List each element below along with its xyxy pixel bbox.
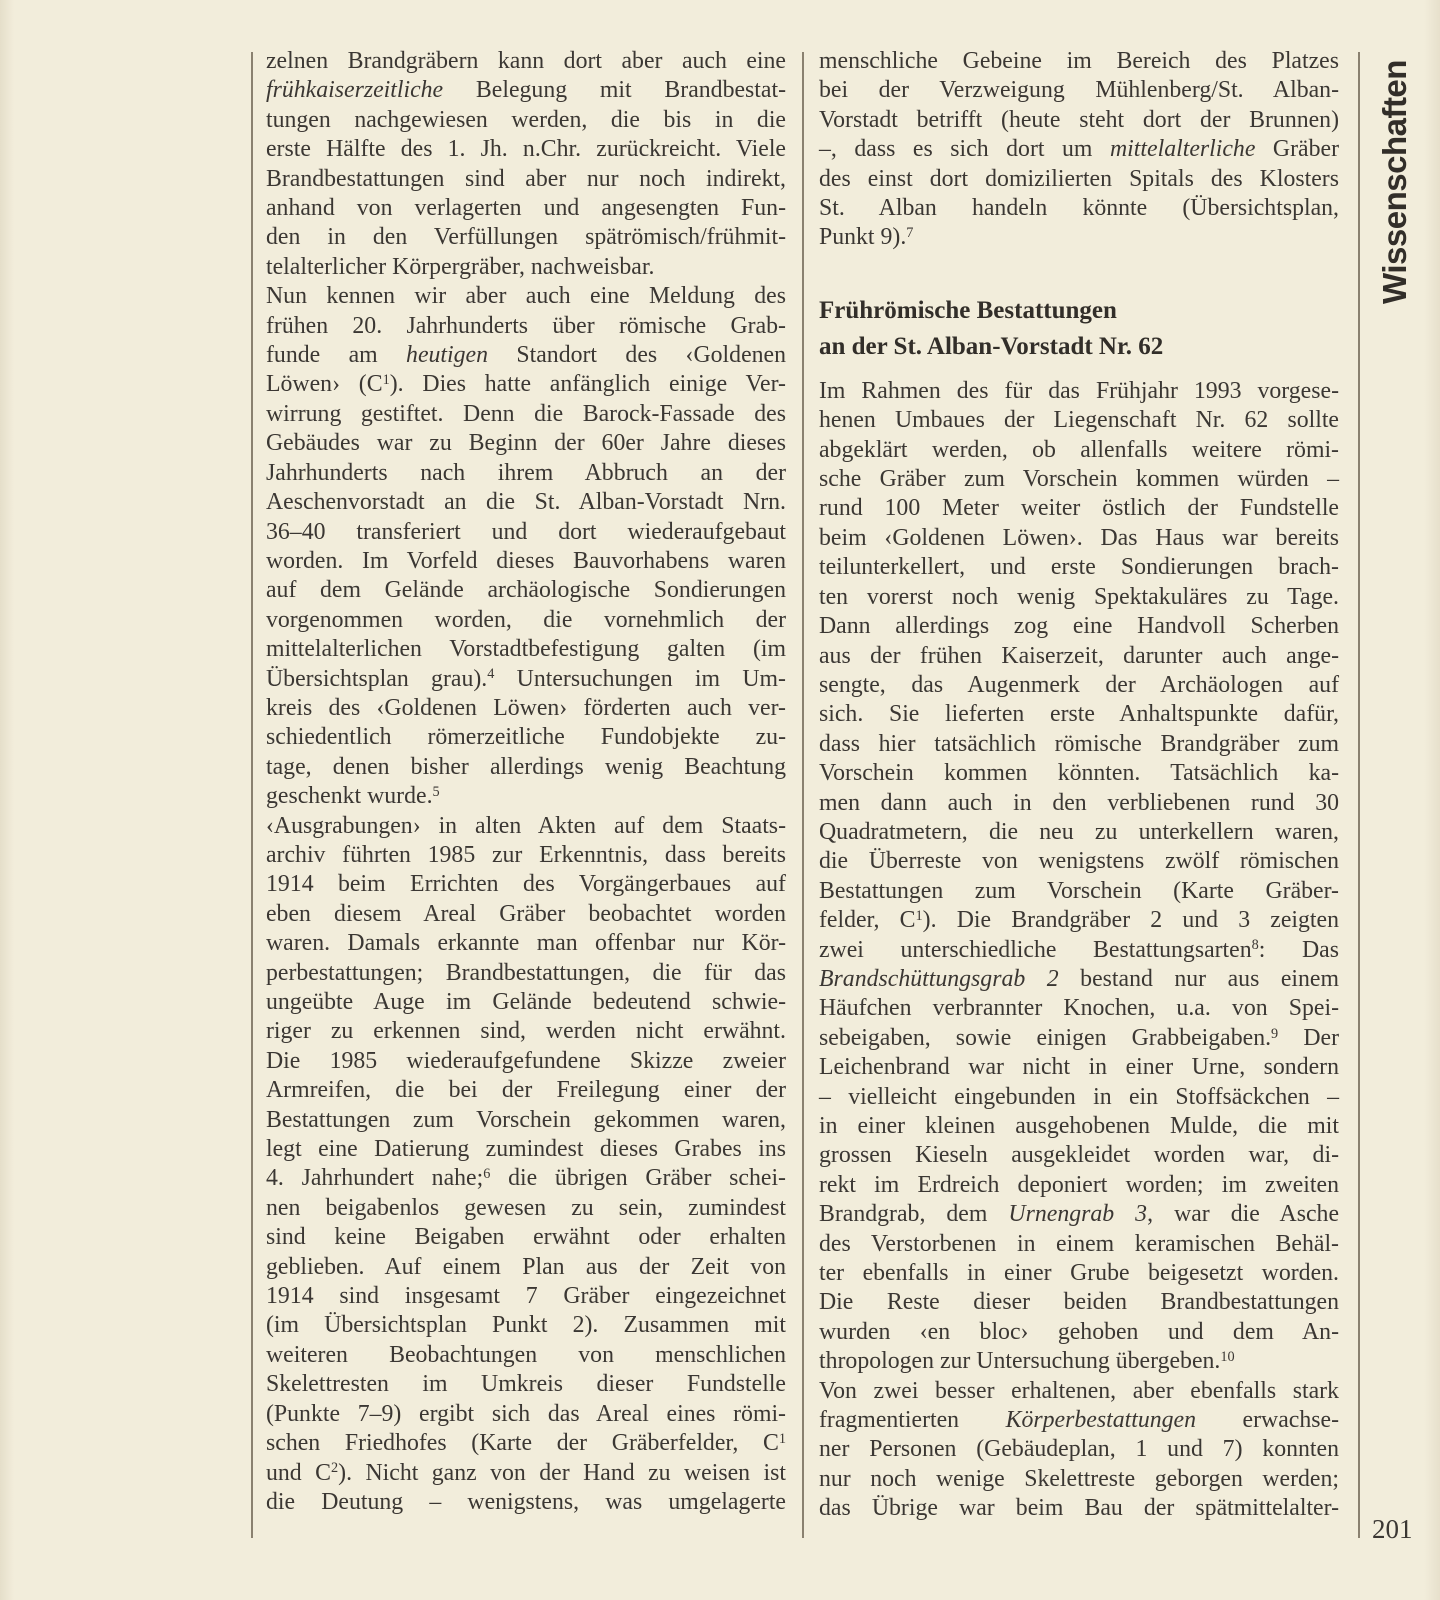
- text-line: fragmentierten Körperbestattungen erwach…: [819, 1406, 1339, 1435]
- text-line: Löwen› (C1). Dies hatte anfänglich einig…: [266, 370, 786, 399]
- text-line: bei der Verzweigung Mühlenberg/St. Alban…: [819, 76, 1339, 105]
- text-line: ter ebenfalls in einer Grube beigesetzt …: [819, 1259, 1339, 1288]
- text-line: Die 1985 wiederaufgefundene Skizze zweie…: [266, 1047, 786, 1076]
- text-line: geblieben. Auf einem Plan aus der Zeit v…: [266, 1253, 786, 1282]
- text-line: abgeklärt werden, ob allenfalls weitere …: [819, 436, 1339, 465]
- text-line: weiteren Beobachtungen von menschlichen: [266, 1341, 786, 1370]
- text-line: 1914 sind insgesamt 7 Gräber eingezeichn…: [266, 1282, 786, 1311]
- text-line: rund 100 Meter weiter östlich der Fundst…: [819, 494, 1339, 523]
- text-line: Aeschenvorstadt an die St. Alban-Vorstad…: [266, 488, 786, 517]
- text-line: funde am heutigen Standort des ‹Goldenen: [266, 341, 786, 370]
- text-line: 1914 beim Errichten des Vorgängerbaues a…: [266, 870, 786, 899]
- text-line: an der St. Alban-Vorstadt Nr. 62: [819, 329, 1339, 365]
- margin-rule-right: [1358, 52, 1360, 1538]
- text-line: sind keine Beigaben erwähnt oder erhalte…: [266, 1223, 786, 1252]
- text-line: frühen 20. Jahrhunderts über römische Gr…: [266, 312, 786, 341]
- text-line: anhand von verlagerten und angesengten F…: [266, 194, 786, 223]
- text-line: dass hier tatsächlich römische Brandgräb…: [819, 730, 1339, 759]
- text-line: Brandgrab, dem Urnengrab 3, war die Asch…: [819, 1200, 1339, 1229]
- text-line: henen Umbaues der Liegenschaft Nr. 62 so…: [819, 406, 1339, 435]
- text-line: die Überreste von wenigstens zwölf römis…: [819, 847, 1339, 876]
- text-line: ten vorerst noch wenig Spektakuläres zu …: [819, 583, 1339, 612]
- text-line: sche Gräber zum Vorschein kommen würden …: [819, 465, 1339, 494]
- text-line: sich. Sie lieferten erste Anhaltspunkte …: [819, 700, 1339, 729]
- paragraph: Im Rahmen des für das Frühjahr 1993 vorg…: [819, 377, 1339, 1377]
- text-line: Punkt 9).7: [819, 223, 1339, 252]
- paragraph: zelnen Brandgräbern kann dort aber auch …: [266, 47, 786, 282]
- text-line: Die Reste dieser beiden Brandbestattunge…: [819, 1288, 1339, 1317]
- text-line: schiedentlich römerzeitliche Fundobjekte…: [266, 723, 786, 752]
- text-line: telalterlicher Körpergräber, nachweisbar…: [266, 253, 786, 282]
- paragraph: Nun kennen wir aber auch eine Meldung de…: [266, 282, 786, 811]
- text-line: ‹Ausgrabungen› in alten Akten auf dem St…: [266, 812, 786, 841]
- text-line: legt eine Datierung zumindest dieses Gra…: [266, 1135, 786, 1164]
- text-line: 36–40 transferiert und dort wiederaufgeb…: [266, 518, 786, 547]
- text-line: wurden ‹en bloc› gehoben und dem An-: [819, 1318, 1339, 1347]
- text-line: auf dem Gelände archäologische Sondierun…: [266, 576, 786, 605]
- text-line: sengte, das Augenmerk der Archäologen au…: [819, 671, 1339, 700]
- text-line: Jahrhunderts nach ihrem Abbruch an der: [266, 459, 786, 488]
- text-line: Vorstadt betrifft (heute steht dort der …: [819, 106, 1339, 135]
- text-line: geschenkt wurde.5: [266, 782, 786, 811]
- text-line: grossen Kieseln ausgekleidet worden war,…: [819, 1141, 1339, 1170]
- text-line: Brandschüttungsgrab 2 bestand nur aus ei…: [819, 965, 1339, 994]
- text-line: (Punkte 7–9) ergibt sich das Areal eines…: [266, 1400, 786, 1429]
- text-line: Bestattungen zum Vorschein (Karte Gräber…: [819, 877, 1339, 906]
- text-line: schen Friedhofes (Karte der Gräberfelder…: [266, 1429, 786, 1458]
- text-line: erste Hälfte des 1. Jh. n.Chr. zurückrei…: [266, 135, 786, 164]
- text-line: 4. Jahrhundert nahe;6 die übrigen Gräber…: [266, 1164, 786, 1193]
- left-text-column: zelnen Brandgräbern kann dort aber auch …: [266, 47, 786, 1517]
- text-line: Im Rahmen des für das Frühjahr 1993 vorg…: [819, 377, 1339, 406]
- text-line: in einer kleinen ausgehobenen Mulde, die…: [819, 1112, 1339, 1141]
- text-line: nen beigabenlos gewesen zu sein, zuminde…: [266, 1194, 786, 1223]
- text-line: men dann auch in den verbliebenen rund 3…: [819, 789, 1339, 818]
- text-line: –, dass es sich dort um mittelalterliche…: [819, 135, 1339, 164]
- text-line: menschliche Gebeine im Bereich des Platz…: [819, 47, 1339, 76]
- section-heading: Frührömische Bestattungenan der St. Alba…: [819, 293, 1339, 365]
- text-line: vorgenommen worden, die vornehmlich der: [266, 606, 786, 635]
- text-line: Leichenbrand war nicht in einer Urne, so…: [819, 1053, 1339, 1082]
- text-line: rekt im Erdreich deponiert worden; im zw…: [819, 1171, 1339, 1200]
- text-line: aus der frühen Kaiserzeit, darunter auch…: [819, 642, 1339, 671]
- page-number: 201: [1372, 1514, 1413, 1544]
- text-line: die Deutung – wenigstens, was umgelagert…: [266, 1488, 786, 1517]
- text-line: den in den Verfüllungen spätrömisch/früh…: [266, 223, 786, 252]
- text-line: teilunterkellert, und erste Sondierungen…: [819, 553, 1339, 582]
- text-line: und C2). Nicht ganz von der Hand zu weis…: [266, 1459, 786, 1488]
- text-line: Bestattungen zum Vorschein gekommen ware…: [266, 1106, 786, 1135]
- text-line: Übersichtsplan grau).4 Untersuchungen im…: [266, 665, 786, 694]
- text-line: riger zu erkennen sind, werden nicht erw…: [266, 1017, 786, 1046]
- section-label-vertical: Wissenschaften: [1374, 50, 1416, 304]
- text-line: das Übrige war beim Bau der spätmittelal…: [819, 1494, 1339, 1523]
- text-line: Dann allerdings zog eine Handvoll Scherb…: [819, 612, 1339, 641]
- text-line: beim ‹Goldenen Löwen›. Das Haus war bere…: [819, 524, 1339, 553]
- text-line: Von zwei besser erhaltenen, aber ebenfal…: [819, 1377, 1339, 1406]
- text-line: ner Personen (Gebäudeplan, 1 und 7) konn…: [819, 1435, 1339, 1464]
- text-line: frühkaiserzeitliche Belegung mit Brandbe…: [266, 76, 786, 105]
- column-rule-left: [251, 52, 253, 1538]
- paragraph: menschliche Gebeine im Bereich des Platz…: [819, 47, 1339, 253]
- text-line: felder, C1). Die Brandgräber 2 und 3 zei…: [819, 906, 1339, 935]
- right-text-column: menschliche Gebeine im Bereich des Platz…: [819, 47, 1339, 1524]
- text-line: Armreifen, die bei der Freilegung einer …: [266, 1076, 786, 1105]
- text-line: wirrung gestiftet. Denn die Barock-Fassa…: [266, 400, 786, 429]
- text-line: Gebäudes war zu Beginn der 60er Jahre di…: [266, 429, 786, 458]
- text-line: zelnen Brandgräbern kann dort aber auch …: [266, 47, 786, 76]
- text-line: worden. Im Vorfeld dieses Bauvorhabens w…: [266, 547, 786, 576]
- text-line: tage, denen bisher allerdings wenig Beac…: [266, 753, 786, 782]
- text-line: (im Übersichtsplan Punkt 2). Zusammen mi…: [266, 1311, 786, 1340]
- paragraph: Von zwei besser erhaltenen, aber ebenfal…: [819, 1377, 1339, 1524]
- text-line: nur noch wenige Skelettreste geborgen we…: [819, 1465, 1339, 1494]
- scanned-page: zelnen Brandgräbern kann dort aber auch …: [0, 0, 1440, 1600]
- text-line: kreis des ‹Goldenen Löwen› förderten auc…: [266, 694, 786, 723]
- text-line: St. Alban handeln könnte (Übersichtsplan…: [819, 194, 1339, 223]
- text-line: – vielleicht eingebunden in ein Stoffsäc…: [819, 1083, 1339, 1112]
- text-line: mittelalterlichen Vorstadtbefestigung ga…: [266, 635, 786, 664]
- text-line: des einst dort domizilierten Spitals des…: [819, 165, 1339, 194]
- text-line: Skelettresten im Umkreis dieser Fundstel…: [266, 1370, 786, 1399]
- text-line: thropologen zur Untersuchung übergeben.1…: [819, 1347, 1339, 1376]
- text-line: Nun kennen wir aber auch eine Meldung de…: [266, 282, 786, 311]
- text-line: Frührömische Bestattungen: [819, 293, 1339, 329]
- text-line: zwei unterschiedliche Bestattungsarten8:…: [819, 936, 1339, 965]
- text-line: ungeübte Auge im Gelände bedeutend schwi…: [266, 988, 786, 1017]
- text-line: waren. Damals erkannte man offenbar nur …: [266, 929, 786, 958]
- text-line: Vorschein kommen könnten. Tatsächlich ka…: [819, 759, 1339, 788]
- text-line: Brandbestattungen sind aber nur noch ind…: [266, 165, 786, 194]
- text-line: archiv führten 1985 zur Erkenntnis, dass…: [266, 841, 786, 870]
- paragraph: ‹Ausgrabungen› in alten Akten auf dem St…: [266, 812, 786, 1518]
- text-line: eben diesem Areal Gräber beobachtet word…: [266, 900, 786, 929]
- text-line: tungen nachgewiesen werden, die bis in d…: [266, 106, 786, 135]
- text-line: sebeigaben, sowie einigen Grabbeigaben.9…: [819, 1024, 1339, 1053]
- text-line: Häufchen verbrannter Knochen, u.a. von S…: [819, 994, 1339, 1023]
- text-line: des Verstorbenen in einem keramischen Be…: [819, 1230, 1339, 1259]
- column-rule-middle: [802, 52, 804, 1538]
- text-line: perbestattungen; Brandbestattungen, die …: [266, 959, 786, 988]
- text-line: Quadratmetern, die neu zu unterkellern w…: [819, 818, 1339, 847]
